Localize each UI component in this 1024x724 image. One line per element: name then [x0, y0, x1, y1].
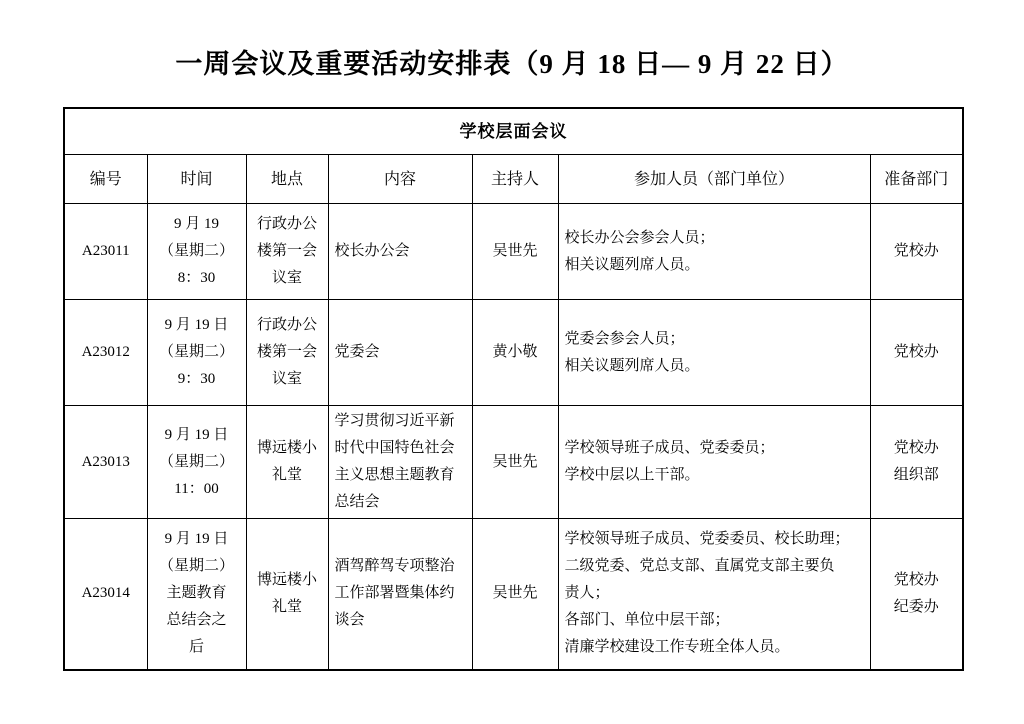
cell-prep-dept: 党校办 纪委办	[870, 519, 963, 670]
cell-host: 吴世先	[472, 519, 558, 670]
cell-id: A23012	[64, 300, 147, 406]
cell-participants: 党委会参会人员； 相关议题列席人员。	[558, 300, 870, 406]
cell-host: 吴世先	[472, 204, 558, 300]
cell-time: 9 月 19 （星期二） 8：30	[147, 204, 246, 300]
col-header-content: 内容	[328, 155, 472, 204]
cell-participants: 学校领导班子成员、党委委员； 学校中层以上干部。	[558, 406, 870, 519]
cell-content: 学习贯彻习近平新 时代中国特色社会 主义思想主题教育 总结会	[328, 406, 472, 519]
table-row: A23012 9 月 19 日 （星期二） 9：30 行政办公 楼第一会 议室 …	[64, 300, 963, 406]
section-header-row: 学校层面会议	[64, 108, 963, 155]
col-header-location: 地点	[246, 155, 328, 204]
column-header-row: 编号 时间 地点 内容 主持人 参加人员（部门单位） 准备部门	[64, 155, 963, 204]
cell-content: 党委会	[328, 300, 472, 406]
cell-location: 行政办公 楼第一会 议室	[246, 204, 328, 300]
cell-id: A23013	[64, 406, 147, 519]
col-header-prep-dept: 准备部门	[870, 155, 963, 204]
cell-prep-dept: 党校办	[870, 300, 963, 406]
cell-id: A23011	[64, 204, 147, 300]
cell-host: 黄小敬	[472, 300, 558, 406]
schedule-table: 学校层面会议 编号 时间 地点 内容 主持人 参加人员（部门单位） 准备部门 A…	[63, 107, 964, 671]
col-header-participants: 参加人员（部门单位）	[558, 155, 870, 204]
page-title: 一周会议及重要活动安排表（9 月 18 日— 9 月 22 日）	[0, 42, 1024, 81]
section-header: 学校层面会议	[64, 108, 963, 155]
col-header-host: 主持人	[472, 155, 558, 204]
col-header-time: 时间	[147, 155, 246, 204]
cell-content: 校长办公会	[328, 204, 472, 300]
cell-participants: 学校领导班子成员、党委委员、校长助理； 二级党委、党总支部、直属党支部主要负 责…	[558, 519, 870, 670]
cell-location: 行政办公 楼第一会 议室	[246, 300, 328, 406]
cell-content: 酒驾醉驾专项整治 工作部署暨集体约 谈会	[328, 519, 472, 670]
cell-id: A23014	[64, 519, 147, 670]
table-row: A23011 9 月 19 （星期二） 8：30 行政办公 楼第一会 议室 校长…	[64, 204, 963, 300]
cell-prep-dept: 党校办	[870, 204, 963, 300]
col-header-id: 编号	[64, 155, 147, 204]
cell-time: 9 月 19 日 （星期二） 11：00	[147, 406, 246, 519]
cell-prep-dept: 党校办 组织部	[870, 406, 963, 519]
cell-host: 吴世先	[472, 406, 558, 519]
document-page: 一周会议及重要活动安排表（9 月 18 日— 9 月 22 日） 学校层面会议 …	[0, 0, 1024, 724]
table-row: A23014 9 月 19 日 （星期二） 主题教育 总结会之 后 博远楼小 礼…	[64, 519, 963, 670]
cell-time: 9 月 19 日 （星期二） 主题教育 总结会之 后	[147, 519, 246, 670]
cell-location: 博远楼小 礼堂	[246, 519, 328, 670]
cell-participants: 校长办公会参会人员； 相关议题列席人员。	[558, 204, 870, 300]
table-row: A23013 9 月 19 日 （星期二） 11：00 博远楼小 礼堂 学习贯彻…	[64, 406, 963, 519]
cell-time: 9 月 19 日 （星期二） 9：30	[147, 300, 246, 406]
cell-location: 博远楼小 礼堂	[246, 406, 328, 519]
